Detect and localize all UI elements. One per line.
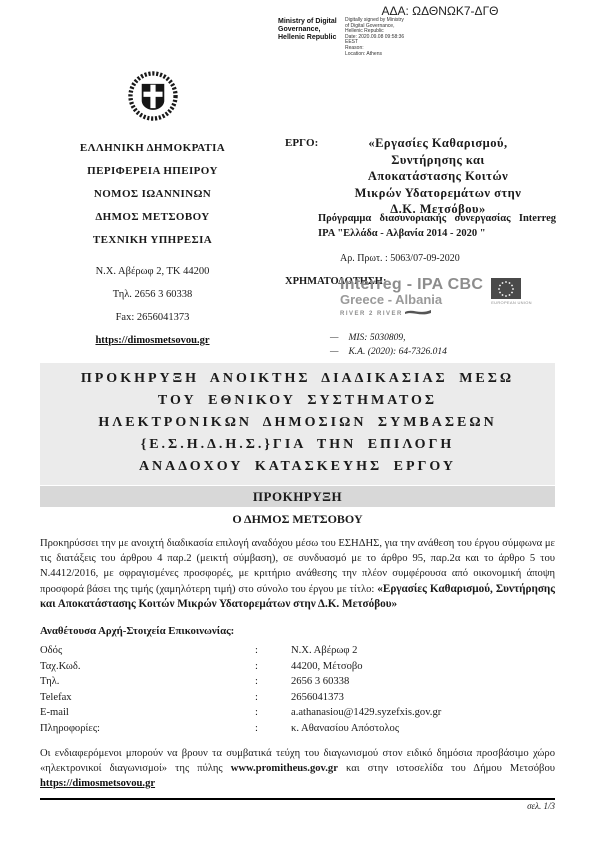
tender-text-b: και στην ιστοσελίδα του Δήμου Μετσόβου: [338, 763, 555, 774]
authority-address-block: Ν.Χ. Αβέρωφ 2, ΤΚ 44200 Τηλ. 2656 3 6033…: [35, 260, 270, 352]
contact-label: Πληροφορίες:: [40, 721, 255, 737]
ada-code: ΑΔΑ: ΩΔΘΝΩΚ7-ΔΓΘ: [340, 4, 540, 18]
authority-line-country: ΕΛΛΗΝΙΚΗ ΔΗΜΟΚΡΑΤΙΑ: [35, 137, 270, 160]
program-description: Πρόγραμμα διασυνοριακής συνεργασίας Inte…: [318, 212, 556, 241]
contact-separator: :: [255, 721, 291, 737]
table-row: Telefax : 2656041373: [40, 690, 555, 706]
authority-line-region: ΠΕΡΙΦΕΡΕΙΑ ΗΠΕΙΡΟΥ: [35, 160, 270, 183]
authority-line-service: ΤΕΧΝΙΚΗ ΥΠΗΡΕΣΙΑ: [35, 229, 270, 252]
contact-heading: Αναθέτουσα Αρχή-Στοιχεία Επικοινωνίας:: [40, 625, 555, 637]
contact-value: Ν.Χ. Αβέρωφ 2: [291, 643, 555, 659]
contact-separator: :: [255, 659, 291, 675]
eu-flag-label: EUROPEAN UNION: [491, 300, 532, 305]
funding-item-ka: — Κ.Α. (2020): 64-7326.014: [330, 345, 447, 359]
interreg-logo: Interreg - IPA CBC Greece - Albania RIVE…: [340, 276, 550, 318]
contact-email-value: a.athanasiou@1429.syzefxis.gov.gr: [291, 705, 555, 721]
authority-phone: Τηλ. 2656 3 60338: [35, 283, 270, 306]
municipality-website-link[interactable]: https://dimosmetsovou.gr: [40, 778, 155, 789]
authority-line-prefecture: ΝΟΜΟΣ ΙΩΑΝΝΙΝΩΝ: [35, 183, 270, 206]
table-row: Τηλ. : 2656 3 60338: [40, 674, 555, 690]
contact-value: 44200, Μέτσοβο: [291, 659, 555, 675]
digital-signature-block: Ministry of Digital Governance, Hellenic…: [278, 18, 445, 57]
document-body: Ο ΔΗΜΟΣ ΜΕΤΣΟΒΟΥ Προκηρύσσει την με ανοι…: [40, 509, 555, 791]
signer-line: Hellenic Republic: [278, 34, 336, 41]
section-heading: ΠΡΟΚΗΡΥΞΗ: [40, 486, 555, 507]
footer-divider: [40, 798, 555, 800]
section-subheading: Ο ΔΗΜΟΣ ΜΕΤΣΟΒΟΥ: [40, 512, 555, 527]
page-number: σελ. 1/3: [40, 801, 555, 811]
contact-separator: :: [255, 705, 291, 721]
funding-items: — MIS: 5030809, — Κ.Α. (2020): 64-7326.0…: [330, 331, 447, 359]
contact-value: 2656 3 60338: [291, 674, 555, 690]
tender-documents-paragraph: Οι ενδιαφερόμενοι μπορούν να βρουν τα συ…: [40, 746, 555, 792]
contact-separator: :: [255, 690, 291, 706]
river-swoosh-icon: [405, 309, 431, 318]
contact-table: Οδός : Ν.Χ. Αβέρωφ 2 Ταχ.Κωδ. : 44200, Μ…: [40, 643, 555, 737]
promitheus-link[interactable]: www.promitheus.gov.gr: [231, 763, 338, 774]
authority-column: ΕΛΛΗΝΙΚΗ ΔΗΜΟΚΡΑΤΙΑ ΠΕΡΙΦΕΡΕΙΑ ΗΠΕΙΡΟΥ Ν…: [35, 70, 270, 352]
contact-label: Τηλ.: [40, 674, 255, 690]
contact-label: E-mail: [40, 705, 255, 721]
document-page: ΑΔΑ: ΩΔΘΝΩΚ7-ΔΓΘ Ministry of Digital Gov…: [0, 0, 595, 842]
authority-address: Ν.Χ. Αβέρωφ 2, ΤΚ 44200: [35, 260, 270, 283]
contact-separator: :: [255, 643, 291, 659]
protocol-number: Αρ. Πρωτ. : 5063/07-09-2020: [340, 253, 460, 264]
greek-coat-of-arms-icon: [127, 70, 179, 127]
project-title: «Εργασίες Καθαρισμού, Συντήρησης και Απο…: [318, 135, 558, 218]
authority-fax: Fax: 2656041373: [35, 306, 270, 329]
signature-details: Digitally signed by Ministry of Digital …: [345, 18, 445, 57]
signature-signer: Ministry of Digital Governance, Hellenic…: [278, 18, 340, 57]
project-label: ΕΡΓΟ:: [285, 137, 318, 149]
signer-line: Governance,: [278, 26, 320, 33]
table-row: Οδός : Ν.Χ. Αβέρωφ 2: [40, 643, 555, 659]
funding-item-mis: — MIS: 5030809,: [330, 331, 447, 345]
contact-value: 2656041373: [291, 690, 555, 706]
table-row: Πληροφορίες: : κ. Αθανασίου Απόστολος: [40, 721, 555, 737]
authority-website-link[interactable]: https://dimosmetsovou.gr: [95, 335, 209, 346]
eu-flag-icon: EUROPEAN UNION: [491, 278, 532, 318]
signer-line: Ministry of Digital: [278, 18, 337, 25]
table-row: Ταχ.Κωδ. : 44200, Μέτσοβο: [40, 659, 555, 675]
authority-line-municipality: ΔΗΜΟΣ ΜΕΤΣΟΒΟΥ: [35, 206, 270, 229]
table-row: E-mail : a.athanasiou@1429.syzefxis.gov.…: [40, 705, 555, 721]
contact-value: κ. Αθανασίου Απόστολος: [291, 721, 555, 737]
interreg-logo-text: Interreg - IPA CBC Greece - Albania RIVE…: [340, 276, 483, 318]
contact-separator: :: [255, 674, 291, 690]
main-title-box: ΠΡΟΚΗΡΥΞΗ ΑΝΟΙΚΤΗΣ ΔΙΑΔΙΚΑΣΙΑΣ ΜΕΣΩ ΤΟΥ …: [40, 363, 555, 485]
contact-label: Telefax: [40, 690, 255, 706]
contact-label: Οδός: [40, 643, 255, 659]
contact-label: Ταχ.Κωδ.: [40, 659, 255, 675]
announcement-paragraph: Προκηρύσσει την με ανοιχτή διαδικασία επ…: [40, 536, 555, 612]
